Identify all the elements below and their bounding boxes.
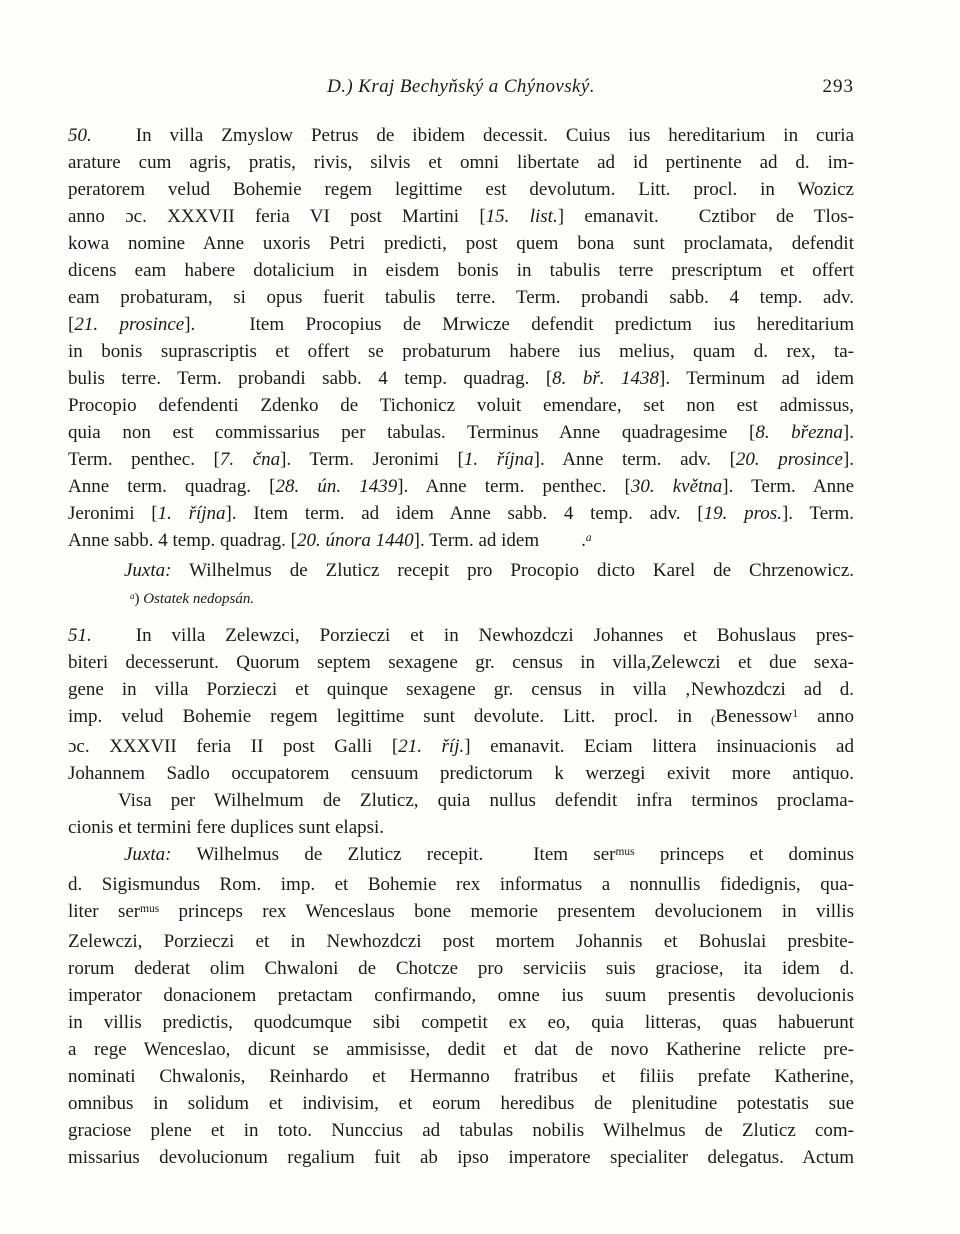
italic-segment: 21. prosince: [74, 314, 184, 335]
text-segment: ]. Item term. ad idem Anne sabb. 4 temp.…: [226, 503, 704, 524]
text-line: missarius devolucionum regalium fuit ab …: [68, 1144, 854, 1171]
text-line: imp. velud Bohemie regem legittime sunt …: [68, 703, 854, 733]
text-segment: graciose plene et in toto. Nunccius ad t…: [68, 1120, 854, 1141]
text-segment: Jeronimi [: [68, 503, 158, 524]
text-line: Term. penthec. [7. čna]. Term. Jeronimi …: [68, 446, 854, 473]
text-line: gene in villa Porzieczi et quinque sexag…: [68, 676, 854, 703]
text-line: dicens eam habere dotalicium in eisdem b…: [68, 257, 854, 284]
text-segment: biteri decesserunt. Quorum septem sexage…: [68, 652, 854, 673]
text-line: peratorem velud Bohemie regem legittime …: [68, 176, 854, 203]
text-segment: rorum dederat olim Chwaloni de Chotcze p…: [68, 958, 854, 979]
text-line: in villis predictis, quodcumque sibi com…: [68, 1009, 854, 1036]
tab-spacer: [659, 221, 699, 222]
text-line: graciose plene et in toto. Nunccius ad t…: [68, 1117, 854, 1144]
text-segment: Wilhelmus de Zluticz recepit pro Procopi…: [171, 560, 854, 581]
text-segment: In villa Zmyslow Petrus de ibidem decess…: [136, 125, 854, 146]
text-line: omnibus in solidum et indivisim, et eoru…: [68, 1090, 854, 1117]
text-segment: ].: [843, 422, 854, 443]
text-segment: In villa Zelewzci, Porzieczi et in Newho…: [136, 625, 854, 646]
tab-spacer: [92, 140, 136, 141]
text-segment: ] emanavit. Eciam littera insinuacionis …: [464, 736, 854, 757]
italic-segment: 21. říj.: [398, 736, 464, 757]
text-line: Juxta: Wilhelmus de Zluticz recepit.Item…: [68, 841, 854, 871]
text-line: liter sermus princeps rex Wenceslaus bon…: [68, 898, 854, 928]
text-segment: a rege Wenceslao, dicunt se ammisisse, d…: [68, 1039, 854, 1060]
text-segment: quia non est commissarius per tabulas. T…: [68, 422, 755, 443]
text-line: in bonis suprascriptis et offert se prob…: [68, 338, 854, 365]
text-line: [21. prosince].Item Procopius de Mrwicze…: [68, 311, 854, 338]
tab-spacer: [195, 329, 249, 330]
text-segment: ]. Term. ad idem: [414, 530, 539, 551]
italic-segment: 1. října: [158, 503, 226, 524]
text-line: d. Sigismundus Rom. imp. et Bohemie rex …: [68, 871, 854, 898]
text-segment: ]. Terminum ad idem: [659, 368, 854, 389]
footnote-marker: a: [130, 591, 135, 601]
text-segment: ].: [843, 449, 854, 470]
text-segment: Anne term. quadrag. [: [68, 476, 275, 497]
editorial-mark: (: [711, 712, 715, 727]
italic-segment: 7. čna: [220, 449, 280, 470]
text-line: kowa nomine Anne uxoris Petri predicti, …: [68, 230, 854, 257]
text-segment: Wilhelmus de Zluticz recepit.: [171, 844, 483, 865]
text-segment: Term. penthec. [: [68, 449, 220, 470]
text-segment: missarius devolucionum regalium fuit ab …: [68, 1147, 854, 1168]
book-page: D.) Kraj Bechyňský a Chýnovský. 293 50.I…: [0, 0, 960, 1234]
italic-segment: 8. března: [755, 422, 843, 443]
italic-segment: Juxta:: [124, 844, 171, 865]
chapter-title: D.) Kraj Bechyňský a Chýnovský.: [327, 76, 595, 97]
text-segment: cionis et termini fere duplices sunt ela…: [68, 817, 384, 838]
text-line: 51.In villa Zelewzci, Porzieczi et in Ne…: [68, 622, 854, 649]
text-line: quia non est commissarius per tabulas. T…: [68, 419, 854, 446]
text-segment: Zelewczi, Porzieczi et in Newhozdczi pos…: [68, 931, 854, 952]
text-line: rorum dederat olim Chwaloni de Chotcze p…: [68, 955, 854, 982]
text-segment: ].: [184, 314, 195, 335]
text-segment: ]. Anne term. adv. [: [534, 449, 736, 470]
text-segment: Anne sabb. 4 temp. quadrag. [: [68, 530, 297, 551]
text-line: Procopio defendenti Zdenko de Tichonicz …: [68, 392, 854, 419]
text-segment: Visa per Wilhelmum de Zluticz, quia null…: [118, 790, 854, 811]
text-line: ɔc. XXXVII feria II post Galli [21. říj.…: [68, 733, 854, 760]
italic-segment: 20. února 1440: [297, 530, 414, 551]
italic-segment: Ostatek nedopsán.: [143, 591, 254, 607]
text-segment: arature cum agris, pratis, rivis, silvis…: [68, 152, 854, 173]
text-segment: anno ɔc. XXXVII feria VI post Martini [: [68, 206, 486, 227]
text-segment: ] emanavit.: [558, 206, 659, 227]
text-segment: ]. Term.: [782, 503, 854, 524]
text-segment: liter ser: [68, 901, 140, 922]
text-segment: omnibus in solidum et indivisim, et eoru…: [68, 1093, 854, 1114]
text-segment: ɔc. XXXVII feria II post Galli [: [68, 736, 398, 757]
text-line: anno ɔc. XXXVII feria VI post Martini [1…: [68, 203, 854, 230]
text-line: 50.In villa Zmyslow Petrus de ibidem dec…: [68, 122, 854, 149]
body-text: 50.In villa Zmyslow Petrus de ibidem dec…: [68, 122, 854, 1171]
text-segment: princeps rex Wenceslaus bone memorie pre…: [159, 901, 854, 922]
text-line: Zelewczi, Porzieczi et in Newhozdczi pos…: [68, 928, 854, 955]
text-segment: kowa nomine Anne uxoris Petri predicti, …: [68, 233, 854, 254]
text-line: eam probaturam, si opus fuerit tabulis t…: [68, 284, 854, 311]
text-segment: Item ser: [533, 844, 615, 865]
text-segment: d. Sigismundus Rom. imp. et Bohemie rex …: [68, 874, 854, 895]
italic-segment: 8. bř. 1438: [552, 368, 659, 389]
text-segment: gene in villa Porzieczi et quinque sexag…: [68, 679, 854, 700]
text-segment: Johannem Sadlo occupatorem censuum predi…: [68, 763, 854, 784]
superscript: mus: [140, 903, 159, 915]
italic-segment: 19. pros.: [704, 503, 782, 524]
tab-spacer: [483, 859, 533, 860]
text-line: arature cum agris, pratis, rivis, silvis…: [68, 149, 854, 176]
text-segment: imp. velud Bohemie regem legittime sunt …: [68, 706, 711, 727]
text-line: bulis terre. Term. probandi sabb. 4 temp…: [68, 365, 854, 392]
text-line: biteri decesserunt. Quorum septem sexage…: [68, 649, 854, 676]
text-line: Johannem Sadlo occupatorem censuum predi…: [68, 760, 854, 787]
footnote-marker: a: [586, 532, 592, 544]
running-head: D.) Kraj Bechyňský a Chýnovský. 293: [68, 76, 854, 98]
text-line: cionis et termini fere duplices sunt ela…: [68, 814, 854, 841]
text-segment: peratorem velud Bohemie regem legittime …: [68, 179, 854, 200]
text-segment: Benessow: [715, 706, 792, 727]
footnote-line: a) Ostatek nedopsán.: [68, 587, 854, 612]
text-line: Visa per Wilhelmum de Zluticz, quia null…: [68, 787, 854, 814]
text-segment: bulis terre. Term. probandi sabb. 4 temp…: [68, 368, 552, 389]
text-segment: princeps et dominus: [635, 844, 855, 865]
text-line: Anne sabb. 4 temp. quadrag. [20. února 1…: [68, 527, 854, 557]
text-segment: in villis predictis, quodcumque sibi com…: [68, 1012, 854, 1033]
text-segment: imperator donacionem pretactam confirman…: [68, 985, 854, 1006]
text-segment: anno: [798, 706, 854, 727]
text-segment: Cztibor de Tlos-: [699, 206, 854, 227]
italic-segment: 15. list.: [486, 206, 558, 227]
tab-spacer: [539, 545, 581, 546]
text-segment: Procopio defendenti Zdenko de Tichonicz …: [68, 395, 854, 416]
text-segment: ]. Term. Anne: [722, 476, 854, 497]
italic-segment: 28. ún. 1439: [275, 476, 397, 497]
text-segment: ]. Term. Jeronimi [: [280, 449, 464, 470]
text-line: Juxta: Wilhelmus de Zluticz recepit pro …: [68, 557, 854, 584]
text-segment: ]. Anne term. penthec. [: [397, 476, 631, 497]
italic-segment: 1. října: [464, 449, 534, 470]
text-segment: dicens eam habere dotalicium in eisdem b…: [68, 260, 854, 281]
text-line: imperator donacionem pretactam confirman…: [68, 982, 854, 1009]
text-segment: nominati Chwalonis, Reinhardo et Hermann…: [68, 1066, 854, 1087]
text-line: nominati Chwalonis, Reinhardo et Hermann…: [68, 1063, 854, 1090]
page-number: 293: [823, 76, 855, 98]
text-line: Anne term. quadrag. [28. ún. 1439]. Anne…: [68, 473, 854, 500]
text-line: Jeronimi [1. října]. Item term. ad idem …: [68, 500, 854, 527]
superscript: mus: [616, 846, 635, 858]
italic-segment: 50.: [68, 125, 92, 146]
italic-segment: Juxta:: [124, 560, 171, 581]
italic-segment: 30. května: [631, 476, 722, 497]
tab-spacer: [92, 640, 136, 641]
text-segment: eam probaturam, si opus fuerit tabulis t…: [68, 287, 854, 308]
italic-segment: 20. prosince: [736, 449, 843, 470]
superscript: 1: [792, 708, 798, 720]
text-line: a rege Wenceslao, dicunt se ammisisse, d…: [68, 1036, 854, 1063]
text-segment: in bonis suprascriptis et offert se prob…: [68, 341, 854, 362]
text-segment: Item Procopius de Mrwicze defendit predi…: [249, 314, 854, 335]
italic-segment: 51.: [68, 625, 92, 646]
text-segment: ): [135, 591, 144, 607]
